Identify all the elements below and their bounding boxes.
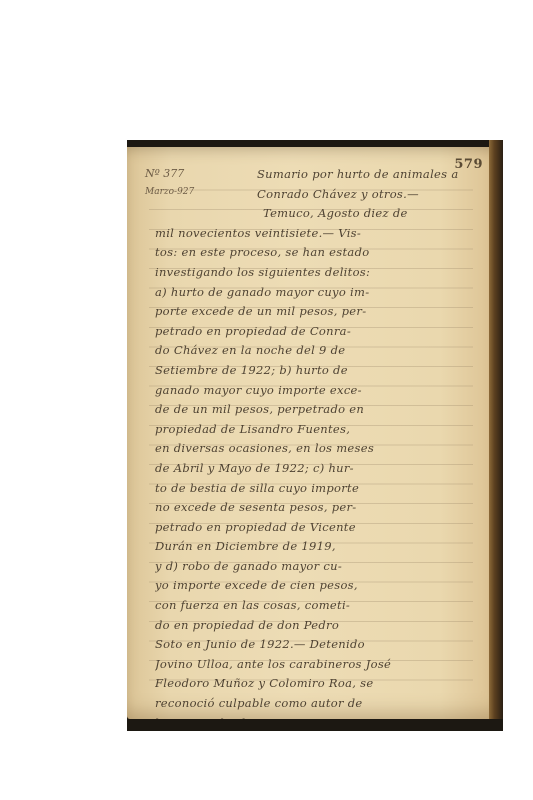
text-line: Durán en Diciembre de 1919, bbox=[155, 537, 473, 557]
book-binding-edge bbox=[489, 140, 503, 731]
text-line: no excede de sesenta pesos, per- bbox=[155, 498, 473, 518]
text-line: porte excede de un mil pesos, per- bbox=[155, 302, 473, 322]
text-line: Soto en Junio de 1922.— Detenido bbox=[155, 635, 473, 655]
text-line: Fleodoro Muñoz y Colomiro Roa, se bbox=[155, 674, 473, 694]
title-line: Conrado Chávez y otros.— bbox=[155, 185, 473, 205]
ledger-page: 579 Nº 377 Marzo-927 Sumario por hurto d… bbox=[127, 147, 495, 719]
text-line: Setiembre de 1922; b) hurto de bbox=[155, 361, 473, 381]
handwritten-text: Sumario por hurto de animales a Conrado … bbox=[155, 165, 473, 731]
text-line: do Chávez en la noche del 9 de bbox=[155, 341, 473, 361]
text-line: investigando los siguientes delitos: bbox=[155, 263, 473, 283]
text-line: tos: en este proceso, se han estado bbox=[155, 243, 473, 263]
text-line: mil novecientos veintisiete.— Vis- bbox=[155, 224, 473, 244]
text-line: yo importe excede de cien pesos, bbox=[155, 576, 473, 596]
text-line: do en propiedad de don Pedro bbox=[155, 616, 473, 636]
text-line: propiedad de Lisandro Fuentes, bbox=[155, 420, 473, 440]
text-line: de Abril y Mayo de 1922; c) hur- bbox=[155, 459, 473, 479]
text-line: petrado en propiedad de Conra- bbox=[155, 322, 473, 342]
text-line: to de bestia de silla cuyo importe bbox=[155, 479, 473, 499]
document-photo: 579 Nº 377 Marzo-927 Sumario por hurto d… bbox=[127, 140, 503, 731]
text-line: petrado en propiedad de Vicente bbox=[155, 518, 473, 538]
text-line: en diversas ocasiones, en los meses bbox=[155, 439, 473, 459]
text-line: con fuerza en las cosas, cometi- bbox=[155, 596, 473, 616]
text-line: a) hurto de ganado mayor cuyo im- bbox=[155, 283, 473, 303]
page-bottom-shadow bbox=[127, 719, 503, 731]
title-line: Sumario por hurto de animales a bbox=[155, 165, 473, 185]
text-line: de de un mil pesos, perpetrado en bbox=[155, 400, 473, 420]
text-line: Jovino Ulloa, ante los carabineros José bbox=[155, 655, 473, 675]
text-line: ganado mayor cuyo importe exce- bbox=[155, 381, 473, 401]
text-line: y d) robo de ganado mayor cu- bbox=[155, 557, 473, 577]
text-line: reconoció culpable como autor de bbox=[155, 694, 473, 714]
text-line: Temuco, Agosto diez de bbox=[155, 204, 473, 224]
